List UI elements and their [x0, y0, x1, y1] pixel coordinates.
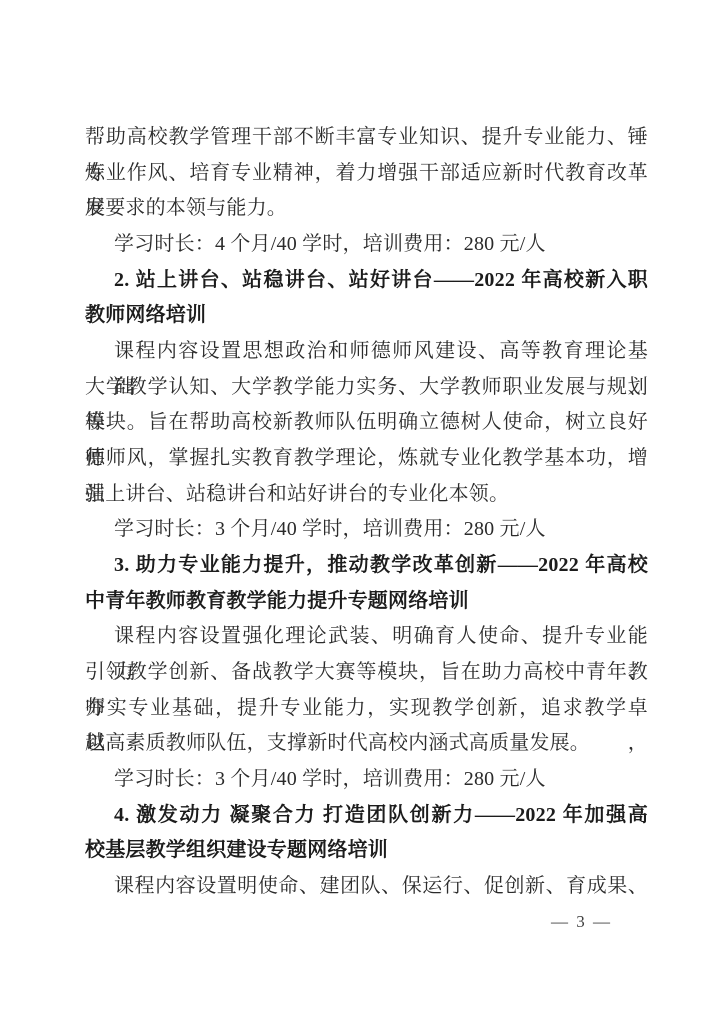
text-line-para-new-teacher-training: 模块。旨在帮助高校新教师队伍明确立德树人使命，树立良好师	[85, 405, 648, 441]
heading-line-section-2-heading: 2. 站上讲台、站稳讲台、站好讲台——2022 年高校新入职	[85, 263, 648, 299]
heading-line-section-4-heading: 4. 激发动力 凝聚合力 打造团队创新力——2022 年加强高	[85, 798, 648, 834]
text-line-para-midcareer-teacher-training: 引领教学创新、备战教学大赛等模块，旨在助力高校中青年教师	[85, 655, 648, 691]
heading-line-section-2-heading: 教师网络培训	[85, 298, 648, 334]
text-line-duration-fee-2: 学习时长：3 个月/40 学时，培训费用：280 元/人	[85, 512, 648, 548]
document-page: 帮助高校教学管理干部不断丰富专业知识、提升专业能力、锤炼专业作风、培育专业精神，…	[0, 0, 725, 1025]
text-line-para-midcareer-teacher-training: 以高素质教师队伍，支撑新时代高校内涵式高质量发展。	[85, 726, 648, 762]
text-line-para-continuation-admin-training: 展要求的本领与能力。	[85, 191, 648, 227]
text-line-para-new-teacher-training: 课程内容设置思想政治和师德师风建设、高等教育理论基础、	[85, 334, 648, 370]
document-body: 帮助高校教学管理干部不断丰富专业知识、提升专业能力、锤炼专业作风、培育专业精神，…	[85, 120, 648, 905]
text-line-duration-fee-3: 学习时长：3 个月/40 学时，培训费用：280 元/人	[85, 762, 648, 798]
text-line-para-new-teacher-training: 德师风，掌握扎实教育教学理论，炼就专业化教学基本功，增强	[85, 441, 648, 477]
heading-line-section-3-heading: 3. 助力专业能力提升，推动教学改革创新——2022 年高校	[85, 548, 648, 584]
text-line-para-midcareer-teacher-training: 夯实专业基础，提升专业能力，实现教学创新，追求教学卓越，	[85, 691, 648, 727]
text-line-para-new-teacher-training: 站上讲台、站稳讲台和站好讲台的专业化本领。	[85, 477, 648, 513]
text-line-para-new-teacher-training: 大学教学认知、大学教学能力实务、大学教师职业发展与规划等	[85, 370, 648, 406]
text-line-para-midcareer-teacher-training: 课程内容设置强化理论武装、明确育人使命、提升专业能力、	[85, 619, 648, 655]
text-line-para-continuation-admin-training: 专业作风、培育专业精神，着力增强干部适应新时代教育改革发	[85, 156, 648, 192]
text-line-duration-fee-1: 学习时长：4 个月/40 学时，培训费用：280 元/人	[85, 227, 648, 263]
heading-line-section-4-heading: 校基层教学组织建设专题网络培训	[85, 833, 648, 869]
text-line-para-continuation-admin-training: 帮助高校教学管理干部不断丰富专业知识、提升专业能力、锤炼	[85, 120, 648, 156]
text-line-para-grassroots-org-training: 课程内容设置明使命、建团队、保运行、促创新、育成果、	[85, 869, 648, 905]
page-number: — 3 —	[551, 912, 612, 932]
heading-line-section-3-heading: 中青年教师教育教学能力提升专题网络培训	[85, 584, 648, 620]
